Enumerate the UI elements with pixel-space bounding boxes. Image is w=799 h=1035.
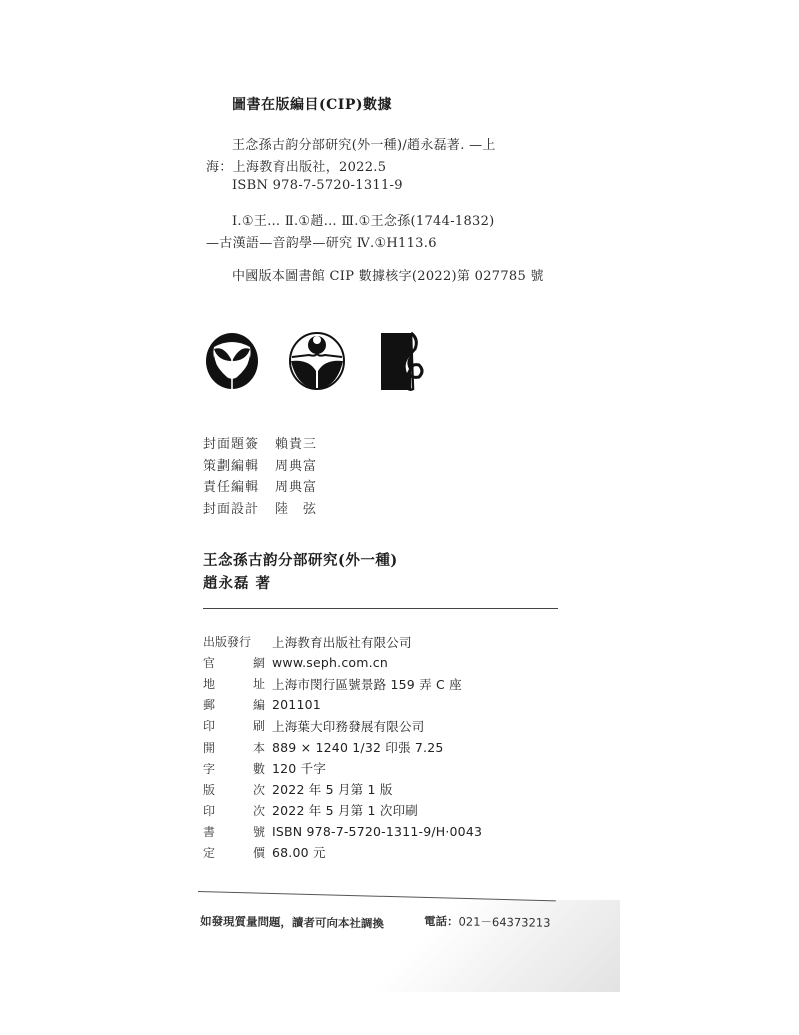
pub-label: 印刷 [203,717,265,734]
pub-value: 201101 [272,697,321,712]
pub-row-address: 地址 上海市閔行區號景路 159 弄 C 座 [203,673,482,694]
cip-verification: 中國版本圖書館 CIP 數據核字(2022)第 027785 號 [232,265,544,284]
credit-name: 周典富 [275,455,317,477]
pub-label-char: 版 [203,781,215,798]
pub-label-char: 地 [203,675,215,692]
pub-label-char: 網 [253,654,265,671]
credit-name: 陸 弦 [275,498,317,520]
contact-phone: 電話：021－64373213 [424,913,551,931]
pub-value: 889 × 1240 1/32 印張 7.25 [272,738,444,756]
cip-line: —古漢語—音韵學—研究 Ⅳ.①H113.6 [206,232,437,251]
pub-row-publisher: 出版發行 上海教育出版社有限公司 [203,631,482,652]
book-title: 王念孫古韵分部研究(外一種) [203,549,398,570]
pub-label: 郵編 [203,696,265,713]
pub-label: 書號 [203,823,265,840]
flower-circle-logo-icon [289,331,345,391]
divider [203,608,558,609]
pub-row-printing: 印次 2022 年 5 月第 1 次印刷 [203,800,482,821]
phone-label: 電話： [424,914,459,928]
pub-label-char: 數 [253,760,265,777]
pub-row-isbn: 書號 ISBN 978-7-5720-1311-9/H·0043 [203,821,482,842]
pub-label: 地址 [203,675,265,692]
pub-value: 上海葉大印務發展有限公司 [272,717,424,735]
credits-list: 封面題簽 賴貴三 策劃編輯 周典富 責任編輯 周典富 封面設計 陸 弦 [203,433,317,519]
pub-label: 印次 [203,802,265,819]
pub-label-char: 字 [203,760,215,777]
pub-label-char: 印 [203,802,215,819]
credit-row: 策劃編輯 周典富 [203,455,317,477]
cip-line: Ⅰ.①王… Ⅱ.①趙… Ⅲ.①王念孫(1744-1832) [232,210,495,229]
sprout-circle-logo-icon [204,331,260,391]
pub-label: 官網 [203,654,265,671]
phone-number: 021－64373213 [458,914,550,929]
pub-label-char: 刷 [253,717,265,734]
cip-line: 海：上海教育出版社，2022.5 [206,156,386,175]
pub-label: 定價 [203,844,265,861]
pub-value: 120 千字 [272,759,326,777]
credit-row: 責任編輯 周典富 [203,476,317,498]
pub-value: 2022 年 5 月第 1 版 [272,780,393,798]
credit-name: 周典富 [275,476,317,498]
pub-label: 字數 [203,760,265,777]
pub-label-char: 官 [203,654,215,671]
credit-role: 封面題簽 [203,433,275,455]
cip-line: 王念孫古韵分部研究(外一種)/趙永磊著. —上 [232,134,496,153]
pub-label-text: 出版發行 [203,633,251,650]
pub-label-char: 書 [203,823,215,840]
pub-label: 出版發行 [203,633,265,650]
credit-row: 封面設計 陸 弦 [203,498,317,520]
pub-label-char: 開 [203,739,215,756]
pub-value: www.seph.com.cn [272,655,388,670]
pub-label-char: 價 [253,844,265,861]
pub-label-char: 號 [253,823,265,840]
pub-value: 上海市閔行區號景路 159 弄 C 座 [272,675,462,693]
pub-row-printer: 印刷 上海葉大印務發展有限公司 [203,715,482,736]
pub-value: 2022 年 5 月第 1 次印刷 [272,801,418,819]
pub-value: ISBN 978-7-5720-1311-9/H·0043 [272,824,482,839]
book-author: 趙永磊 著 [203,572,271,593]
pub-label: 開本 [203,739,265,756]
pub-label-char: 編 [253,696,265,713]
quality-notice: 如發現質量問題，讀者可向本社調換 [200,913,384,932]
pub-value: 68.00 元 [272,843,326,861]
pub-row-postcode: 郵編 201101 [203,694,482,715]
credit-name: 賴貴三 [275,433,317,455]
pub-label: 版次 [203,781,265,798]
publication-info-table: 出版發行 上海教育出版社有限公司 官網 www.seph.com.cn 地址 上… [203,631,482,863]
credit-role: 策劃編輯 [203,455,275,477]
credit-row: 封面題簽 賴貴三 [203,433,317,455]
pub-row-format: 開本 889 × 1240 1/32 印張 7.25 [203,736,482,757]
pub-value: 上海教育出版社有限公司 [272,633,412,651]
pub-label-char: 郵 [203,696,215,713]
credit-role: 責任編輯 [203,476,275,498]
cip-heading: 圖書在版編目(CIP)數據 [232,94,392,114]
pub-row-website: 官網 www.seph.com.cn [203,652,482,673]
pub-label-char: 本 [253,739,265,756]
pub-label-char: 次 [253,781,265,798]
pub-label-char: 定 [203,844,215,861]
cip-line: ISBN 978-7-5720-1311-9 [232,178,403,193]
credit-role: 封面設計 [203,498,275,520]
pub-label-char: 址 [253,675,265,692]
pub-label-char: 次 [253,802,265,819]
pub-row-price: 定價 68.00 元 [203,842,482,863]
pub-row-word-count: 字數 120 千字 [203,758,482,779]
pub-row-edition: 版次 2022 年 5 月第 1 版 [203,779,482,800]
treble-clef-logo-icon [379,331,435,391]
pub-label-char: 印 [203,717,215,734]
